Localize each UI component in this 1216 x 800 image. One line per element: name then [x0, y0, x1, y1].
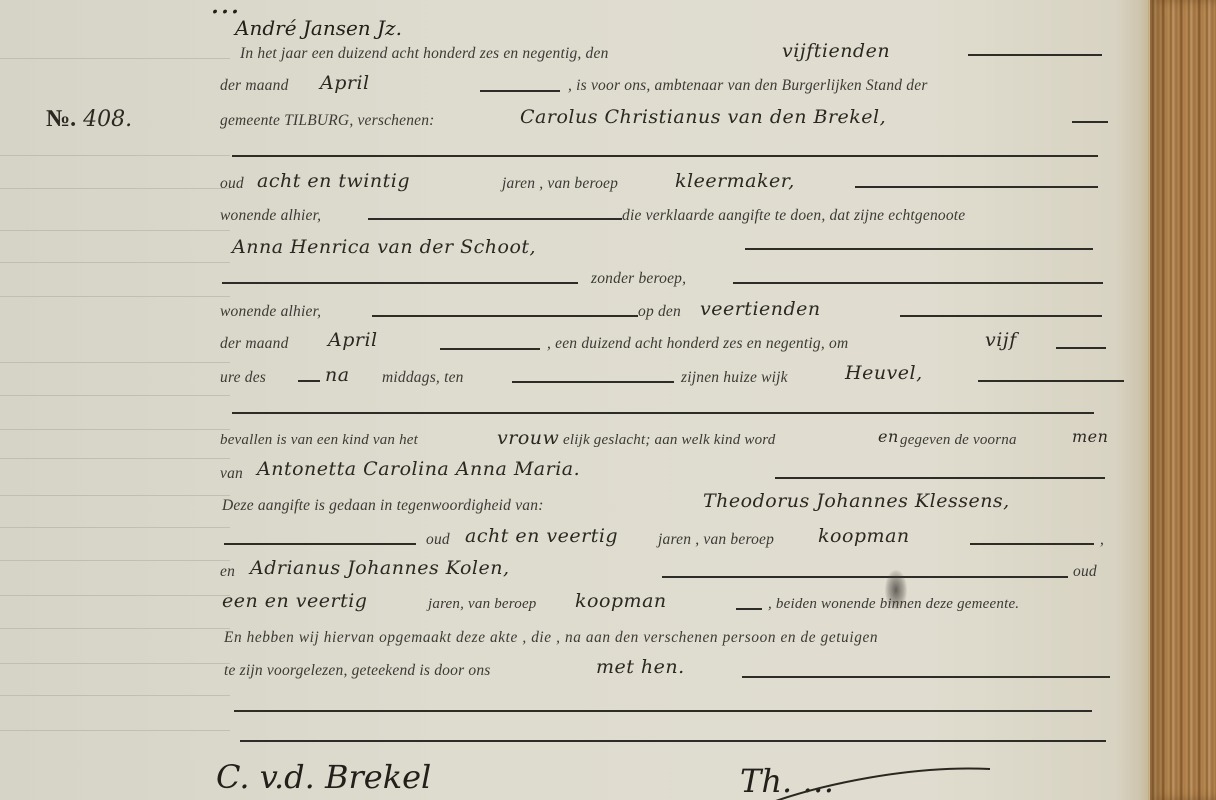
- line-16-hand: een en veertig: [222, 590, 367, 612]
- book-page-edges: [1148, 0, 1216, 800]
- line-4-printed-a: oud: [220, 175, 244, 193]
- line-14-printed-b: jaren , van beroep: [658, 531, 774, 549]
- line-10-printed-c: zijnen huize wijk: [681, 369, 788, 387]
- line-8-printed-b: op den: [638, 303, 681, 321]
- line-4-printed-b: jaren , van beroep: [502, 175, 618, 193]
- line-11-printed-b: elijk geslacht; aan welk kind word: [563, 432, 775, 449]
- line-14-hand-b: koopman: [818, 525, 910, 547]
- line-5-printed-a: wonende alhier,: [220, 207, 321, 225]
- line-15-printed-b: oud: [1073, 563, 1097, 581]
- line-10-hand: na: [325, 364, 350, 386]
- line-14-printed-c: ,: [1100, 531, 1104, 549]
- line-4-hand-b: kleermaker,: [675, 170, 795, 192]
- line-4-hand: acht en twintig: [257, 170, 410, 192]
- line-11-printed-c: gegeven de voorna: [900, 432, 1017, 449]
- line-9-printed-a: der maand: [220, 335, 289, 353]
- line-13-hand: Theodorus Johannes Klessens,: [703, 490, 1010, 512]
- line-7-printed: zonder beroep,: [591, 270, 686, 288]
- line-16-hand-b: koopman: [575, 590, 667, 612]
- record-number-prefix: №.: [46, 106, 76, 132]
- line-14-hand: acht en veertig: [465, 525, 618, 547]
- line-1-printed: In het jaar een duizend acht honderd zes…: [240, 45, 609, 63]
- line-11-hand-b: en: [878, 427, 899, 446]
- record-number-value: 408.: [83, 107, 132, 132]
- line-1-hand: vijftienden: [782, 40, 890, 62]
- line-16-printed-a: jaren, van beroep: [428, 596, 537, 613]
- signature-flourish: [760, 755, 1020, 800]
- line-18-printed-a: te zijn voorgelezen, geteekend is door o…: [224, 662, 491, 680]
- line-11-printed-a: bevallen is van een kind van het: [220, 432, 418, 449]
- line-15-printed-a: en: [220, 563, 235, 581]
- line-3-printed: gemeente TILBURG, verschenen:: [220, 112, 435, 130]
- line-3-hand: Carolus Christianus van den Brekel,: [520, 106, 886, 128]
- line-14-printed-a: oud: [426, 531, 450, 549]
- line-5-printed-b: die verklaarde aangifte te doen, dat zij…: [622, 207, 965, 225]
- line-15-hand: Adrianus Johannes Kolen,: [250, 557, 509, 579]
- line-9-hand: April: [328, 329, 378, 351]
- line-10-printed-b: middags, ten: [382, 369, 464, 387]
- line-13-printed-a: Deze aangifte is gedaan in tegenwoordigh…: [222, 497, 544, 515]
- line-9-hand-b: vijf: [985, 329, 1017, 351]
- top-signature-2: André Jansen Jz.: [235, 16, 402, 40]
- line-2-printed-a: der maand: [220, 77, 289, 95]
- line-8-printed-a: wonende alhier,: [220, 303, 321, 321]
- line-10-printed-a: ure des: [220, 369, 266, 387]
- line-11-hand: vrouw: [497, 427, 559, 449]
- line-10-hand-b: Heuvel,: [845, 362, 923, 384]
- record-number: №. 408.: [46, 106, 132, 133]
- line-8-hand: veertienden: [700, 298, 821, 320]
- bottom-signature-father: C. v.d. Brekel: [216, 758, 431, 796]
- line-6-hand: Anna Henrica van der Schoot,: [232, 236, 536, 258]
- line-11-hand-c: men: [1072, 427, 1108, 446]
- register-page: … André Jansen Jz. №. 408. In het jaar e…: [0, 0, 1150, 800]
- line-9-printed-b: , een duizend acht honderd zes en negent…: [547, 335, 848, 353]
- line-12-printed-a: van: [220, 465, 243, 483]
- ink-stain: [885, 570, 907, 610]
- line-2-printed-b: , is voor ons, ambtenaar van den Burgerl…: [568, 77, 928, 95]
- line-17-printed: En hebben wij hiervan opgemaakt deze akt…: [224, 629, 878, 647]
- line-18-hand: met hen.: [596, 656, 685, 678]
- line-2-hand: April: [320, 72, 370, 94]
- line-12-hand: Antonetta Carolina Anna Maria.: [257, 458, 580, 480]
